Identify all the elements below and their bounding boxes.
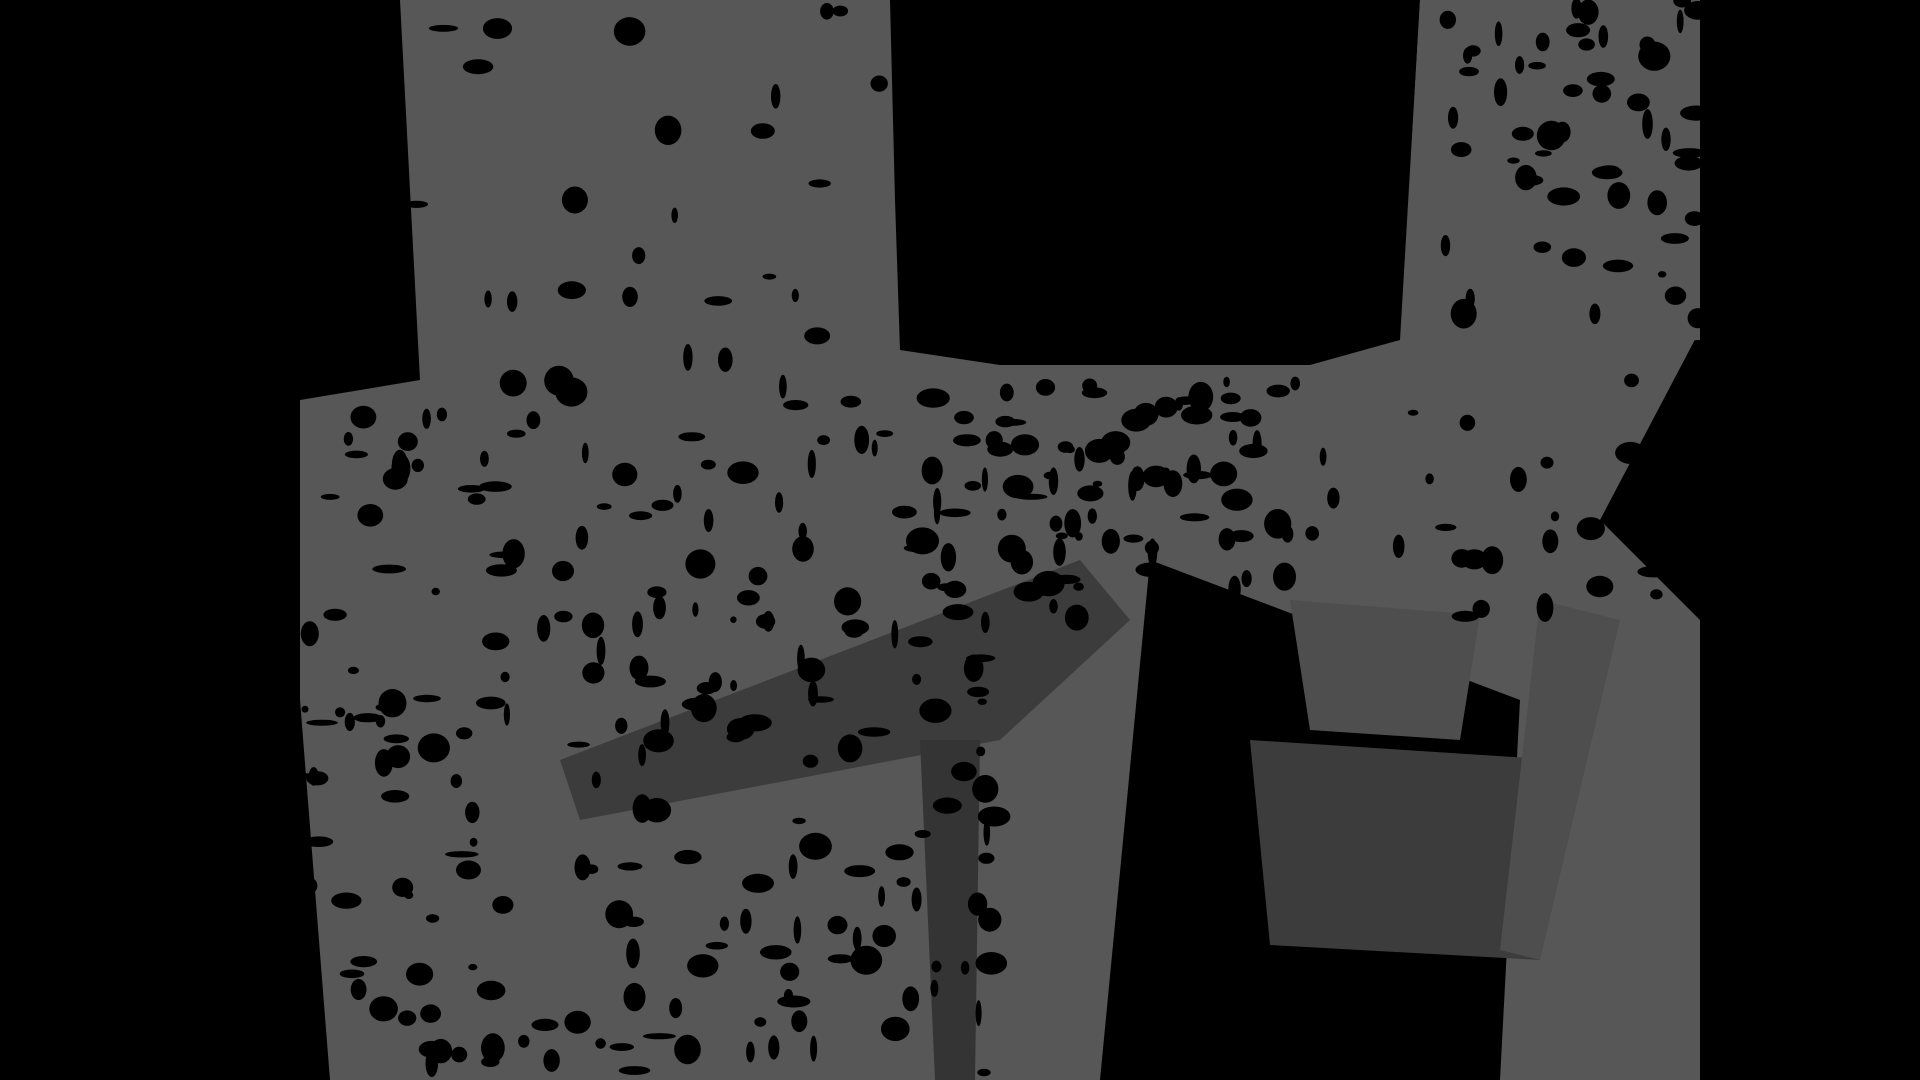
depth-hole bbox=[763, 274, 777, 280]
depth-hole bbox=[1049, 467, 1058, 495]
depth-hole bbox=[532, 1019, 559, 1031]
depth-hole bbox=[908, 636, 933, 647]
depth-hole bbox=[612, 463, 637, 487]
depth-hole bbox=[290, 875, 318, 896]
depth-hole bbox=[518, 1035, 529, 1048]
depth-hole bbox=[1578, 38, 1595, 50]
depth-hole bbox=[1036, 379, 1055, 396]
depth-hole bbox=[1425, 473, 1433, 484]
depth-hole bbox=[1015, 494, 1047, 500]
depth-hole bbox=[1536, 33, 1550, 52]
depth-hole bbox=[902, 986, 919, 1011]
depth-hole bbox=[853, 927, 862, 951]
depth-hole bbox=[630, 656, 649, 681]
depth-hole bbox=[678, 432, 705, 441]
depth-hole bbox=[878, 886, 885, 907]
depth-hole bbox=[501, 672, 510, 682]
depth-hole bbox=[984, 819, 991, 846]
depth-hole bbox=[381, 790, 409, 803]
depth-hole bbox=[1440, 11, 1456, 29]
depth-hole bbox=[997, 509, 1006, 521]
depth-hole bbox=[809, 179, 831, 187]
depth-hole bbox=[1685, 211, 1704, 226]
depth-hole bbox=[1640, 519, 1655, 533]
depth-hole bbox=[951, 762, 977, 781]
depth-hole bbox=[1102, 529, 1120, 554]
depth-hole bbox=[1229, 430, 1238, 446]
depth-hole bbox=[1065, 605, 1089, 631]
depth-hole bbox=[615, 718, 627, 734]
depth-hole bbox=[937, 583, 955, 591]
depth-hole bbox=[632, 611, 643, 637]
depth-hole bbox=[1688, 308, 1708, 328]
depth-hole bbox=[978, 908, 1001, 932]
depth-hole bbox=[653, 596, 666, 619]
depth-hole bbox=[1460, 415, 1476, 431]
depth-hole bbox=[1220, 412, 1245, 422]
depth-hole bbox=[904, 544, 931, 552]
depth-hole bbox=[484, 291, 491, 308]
depth-hole bbox=[912, 674, 921, 685]
depth-hole bbox=[1563, 84, 1583, 97]
depth-hole bbox=[1593, 85, 1612, 103]
depth-hole bbox=[432, 588, 440, 596]
depth-hole bbox=[404, 891, 413, 899]
depth-hole bbox=[671, 208, 678, 223]
depth-hole bbox=[740, 909, 751, 934]
depth-hole bbox=[833, 6, 849, 17]
depth-hole bbox=[426, 914, 439, 923]
depth-hole bbox=[794, 916, 802, 943]
depth-hole bbox=[527, 411, 541, 429]
depth-hole bbox=[808, 450, 816, 478]
depth-hole bbox=[1451, 299, 1477, 329]
depth-hole bbox=[1408, 410, 1419, 416]
depth-hole bbox=[810, 1036, 817, 1062]
depth-hole bbox=[468, 964, 477, 970]
depth-hole bbox=[1637, 566, 1669, 577]
depth-hole bbox=[1242, 570, 1252, 587]
depth-hole bbox=[406, 963, 433, 986]
depth-hole bbox=[789, 854, 798, 879]
depth-hole bbox=[357, 504, 383, 527]
depth-hole bbox=[398, 432, 418, 451]
depth-hole bbox=[674, 850, 701, 864]
depth-hole bbox=[792, 536, 814, 562]
depth-hole bbox=[669, 998, 682, 1018]
depth-hole bbox=[1053, 538, 1066, 566]
depth-hole bbox=[344, 432, 353, 446]
depth-hole bbox=[1253, 430, 1262, 457]
depth-hole bbox=[1547, 187, 1580, 205]
depth-hole bbox=[730, 680, 737, 691]
depth-hole bbox=[340, 970, 365, 979]
depth-hole bbox=[1537, 593, 1554, 622]
depth-hole bbox=[1607, 182, 1630, 209]
depth-hole bbox=[976, 952, 1008, 975]
window-opening bbox=[890, 0, 1420, 365]
depth-hole bbox=[592, 772, 601, 789]
depth-hole bbox=[1554, 122, 1570, 143]
depth-hole bbox=[1065, 446, 1075, 453]
depth-hole bbox=[953, 434, 981, 446]
depth-hole bbox=[783, 400, 808, 410]
depth-hole bbox=[981, 612, 990, 633]
depth-hole bbox=[1075, 532, 1083, 541]
depth-hole bbox=[692, 602, 698, 617]
depth-hole bbox=[720, 917, 729, 931]
depth-hole bbox=[1155, 397, 1178, 418]
depth-hole bbox=[618, 862, 643, 870]
depth-hole bbox=[1229, 530, 1254, 542]
depth-hole bbox=[1638, 42, 1670, 71]
depth-hole bbox=[468, 493, 486, 504]
depth-hole bbox=[321, 494, 340, 500]
depth-hole bbox=[351, 406, 377, 429]
depth-hole bbox=[398, 1010, 416, 1025]
depth-hole bbox=[554, 611, 572, 623]
depth-hole bbox=[1267, 385, 1290, 398]
depth-hole bbox=[1077, 485, 1103, 501]
depth-hole bbox=[1675, 156, 1703, 171]
depth-hole bbox=[614, 17, 646, 46]
depth-hole bbox=[808, 681, 818, 707]
depth-hole bbox=[965, 481, 982, 491]
depth-hole bbox=[582, 662, 604, 683]
depth-hole bbox=[350, 956, 377, 967]
depth-hole bbox=[376, 715, 385, 727]
depth-hole bbox=[304, 836, 333, 847]
depth-hole bbox=[917, 388, 950, 407]
depth-hole bbox=[480, 451, 489, 467]
depth-hole bbox=[1642, 109, 1653, 139]
depth-hole bbox=[624, 983, 646, 1011]
depth-hole bbox=[1647, 190, 1667, 215]
depth-hole bbox=[492, 896, 513, 914]
depth-hole bbox=[1542, 529, 1558, 553]
depth-hole bbox=[306, 720, 338, 726]
depth-hole bbox=[1615, 442, 1646, 464]
depth-hole bbox=[808, 696, 834, 702]
depth-hole bbox=[897, 877, 911, 887]
depth-hole bbox=[1136, 563, 1166, 577]
depth-hole bbox=[379, 689, 407, 717]
depth-hole bbox=[704, 509, 714, 532]
depth-hole bbox=[978, 853, 994, 864]
depth-hole bbox=[597, 637, 606, 665]
depth-hole bbox=[418, 733, 450, 762]
depth-hole bbox=[828, 954, 853, 963]
depth-hole bbox=[701, 460, 716, 470]
depth-hole bbox=[1223, 377, 1230, 387]
depth-hole bbox=[335, 707, 345, 717]
depth-hole bbox=[780, 963, 799, 981]
depth-hole bbox=[500, 370, 527, 397]
depth-hole bbox=[1011, 550, 1033, 575]
depth-hole bbox=[820, 3, 834, 20]
depth-hole bbox=[655, 116, 682, 145]
depth-hole bbox=[791, 1010, 807, 1032]
depth-hole bbox=[1145, 541, 1159, 555]
depth-hole bbox=[1173, 590, 1202, 606]
depth-hole bbox=[704, 296, 732, 306]
depth-hole bbox=[1587, 72, 1615, 86]
depth-hole bbox=[481, 1057, 499, 1067]
depth-hole bbox=[1684, 1, 1713, 20]
depth-hole bbox=[727, 461, 758, 484]
depth-hole bbox=[1541, 457, 1554, 469]
depth-hole bbox=[978, 699, 987, 705]
depth-hole bbox=[1073, 583, 1084, 591]
depth-hole bbox=[742, 874, 774, 893]
depth-hole bbox=[817, 435, 830, 445]
depth-hole bbox=[1050, 516, 1063, 532]
depth-hole bbox=[1521, 175, 1544, 186]
depth-hole bbox=[987, 442, 1013, 457]
depth-hole bbox=[844, 865, 875, 877]
depth-hole bbox=[775, 492, 783, 512]
depth-hole bbox=[1566, 23, 1590, 37]
depth-hole bbox=[922, 457, 943, 485]
depth-hole bbox=[1305, 526, 1319, 541]
depth-hole bbox=[756, 614, 775, 629]
depth-hole bbox=[413, 695, 441, 702]
depth-hole bbox=[995, 416, 1015, 427]
depth-hole bbox=[479, 481, 512, 492]
depth-hole bbox=[622, 287, 638, 307]
depth-hole bbox=[610, 1043, 634, 1051]
depth-hole bbox=[1124, 535, 1144, 543]
depth-hole bbox=[1435, 524, 1456, 531]
depth-hole bbox=[912, 888, 922, 912]
depth-hole bbox=[687, 954, 718, 977]
depth-hole bbox=[652, 500, 674, 511]
depth-hole bbox=[476, 697, 506, 710]
depth-hole bbox=[1188, 382, 1213, 412]
depth-hole bbox=[854, 948, 861, 969]
depth-hole bbox=[465, 802, 479, 823]
depth-hole bbox=[1451, 142, 1472, 157]
depth-hole bbox=[638, 744, 646, 766]
depth-map-canvas bbox=[0, 0, 1920, 1080]
depth-hole bbox=[369, 996, 398, 1021]
depth-hole bbox=[1603, 260, 1633, 273]
depth-hole bbox=[544, 366, 574, 396]
depth-hole bbox=[1290, 377, 1300, 391]
depth-hole bbox=[803, 755, 819, 768]
depth-hole bbox=[792, 818, 805, 824]
depth-hole bbox=[422, 409, 431, 429]
depth-hole bbox=[504, 703, 510, 725]
depth-hole bbox=[575, 854, 591, 880]
depth-hole bbox=[1044, 472, 1056, 480]
depth-hole bbox=[482, 633, 509, 651]
depth-hole bbox=[1074, 447, 1084, 472]
depth-hole bbox=[1589, 304, 1600, 325]
depth-hole bbox=[1577, 517, 1605, 540]
depth-hole bbox=[977, 1069, 990, 1076]
depth-hole bbox=[470, 838, 478, 847]
depth-hole bbox=[706, 942, 728, 950]
depth-hole bbox=[1551, 511, 1559, 521]
depth-hole bbox=[876, 430, 893, 437]
depth-hole bbox=[302, 706, 309, 713]
depth-hole bbox=[841, 396, 862, 408]
depth-hole bbox=[351, 979, 367, 1000]
depth-hole bbox=[1624, 374, 1639, 388]
depth-hole bbox=[582, 443, 589, 463]
depth-hole bbox=[647, 586, 666, 598]
depth-hole bbox=[429, 25, 458, 32]
depth-hole bbox=[1013, 582, 1043, 602]
depth-hole bbox=[1535, 150, 1552, 156]
depth-hole bbox=[632, 247, 645, 264]
depth-hole bbox=[943, 604, 974, 620]
depth-hole bbox=[872, 925, 896, 947]
depth-hole bbox=[771, 84, 780, 109]
depth-hole bbox=[348, 667, 359, 674]
depth-hole bbox=[1507, 158, 1519, 164]
depth-hole bbox=[386, 745, 410, 768]
depth-hole bbox=[456, 861, 481, 880]
depth-hole bbox=[976, 1000, 982, 1026]
depth-hole bbox=[1210, 462, 1237, 487]
depth-hole bbox=[842, 619, 870, 635]
depth-hole bbox=[1677, 10, 1684, 34]
depth-hole bbox=[1000, 384, 1014, 402]
depth-hole bbox=[345, 713, 355, 731]
depth-hole bbox=[576, 526, 589, 550]
depth-hole bbox=[751, 123, 775, 139]
depth-hole bbox=[697, 682, 717, 694]
depth-hole bbox=[892, 506, 917, 519]
depth-hole bbox=[1661, 128, 1670, 151]
depth-hole bbox=[502, 539, 524, 568]
depth-hole bbox=[582, 613, 604, 639]
depth-hole bbox=[331, 893, 361, 909]
depth-hole bbox=[629, 511, 652, 520]
depth-hole bbox=[834, 587, 861, 615]
depth-hole bbox=[799, 833, 832, 860]
depth-hole bbox=[1466, 45, 1481, 56]
depth-hole bbox=[1462, 549, 1487, 569]
depth-hole bbox=[746, 1042, 755, 1063]
depth-hole bbox=[976, 747, 985, 757]
depth-hole bbox=[915, 830, 931, 838]
depth-hole bbox=[456, 727, 472, 739]
depth-hole bbox=[933, 798, 962, 814]
depth-hole bbox=[445, 851, 479, 857]
depth-hole bbox=[1641, 496, 1648, 511]
depth-hole bbox=[507, 430, 526, 438]
depth-hole bbox=[372, 565, 406, 574]
depth-hole bbox=[1599, 25, 1609, 48]
depth-hole bbox=[1320, 448, 1327, 466]
depth-hole bbox=[301, 621, 319, 646]
depth-hole bbox=[1128, 471, 1137, 501]
depth-hole bbox=[964, 655, 984, 682]
depth-hole bbox=[1650, 589, 1662, 599]
depth-hole bbox=[1282, 525, 1294, 542]
depth-hole bbox=[1515, 56, 1524, 74]
depth-hole bbox=[1327, 488, 1339, 509]
depth-hole bbox=[1512, 127, 1534, 141]
depth-hole bbox=[1528, 62, 1546, 70]
depth-hole bbox=[626, 939, 640, 969]
depth-hole bbox=[392, 450, 408, 479]
depth-hole bbox=[754, 1017, 766, 1026]
depth-hole bbox=[345, 451, 368, 459]
depth-hole bbox=[1082, 387, 1107, 398]
depth-hole bbox=[1562, 248, 1586, 267]
chair-back bbox=[1290, 600, 1480, 740]
depth-hole bbox=[619, 1066, 651, 1075]
depth-hole bbox=[451, 1047, 467, 1063]
depth-hole bbox=[564, 1011, 590, 1034]
depth-hole bbox=[463, 59, 493, 74]
depth-hole bbox=[1273, 563, 1296, 591]
depth-hole bbox=[1164, 470, 1183, 497]
depth-hole bbox=[1228, 576, 1240, 602]
depth-hole bbox=[730, 616, 736, 623]
depth-hole bbox=[1183, 471, 1213, 479]
depth-hole bbox=[885, 844, 913, 860]
depth-hole bbox=[1534, 242, 1552, 253]
depth-hole bbox=[673, 485, 682, 503]
depth-hole bbox=[738, 714, 772, 731]
depth-hole bbox=[828, 916, 848, 934]
depth-hole bbox=[451, 774, 462, 788]
depth-hole bbox=[674, 1035, 701, 1064]
depth-hole bbox=[792, 289, 799, 302]
depth-hole bbox=[749, 567, 768, 585]
depth-hole bbox=[858, 727, 890, 737]
depth-hole bbox=[718, 348, 733, 372]
depth-hole bbox=[483, 18, 512, 39]
depth-hole bbox=[1578, 0, 1599, 25]
depth-hole bbox=[1121, 409, 1151, 432]
depth-hole bbox=[558, 281, 586, 299]
depth-hole bbox=[420, 1004, 441, 1022]
depth-hole bbox=[939, 509, 970, 518]
depth-hole bbox=[760, 945, 792, 959]
depth-hole bbox=[643, 729, 674, 752]
depth-hole bbox=[552, 561, 574, 581]
depth-hole bbox=[1088, 508, 1097, 523]
depth-hole bbox=[967, 687, 989, 697]
depth-hole bbox=[919, 699, 951, 723]
depth-hole bbox=[871, 76, 888, 92]
depth-hole bbox=[1056, 533, 1068, 540]
depth-hole bbox=[1459, 67, 1479, 76]
depth-hole bbox=[537, 615, 550, 642]
depth-hole bbox=[1689, 108, 1696, 116]
depth-hole bbox=[477, 981, 506, 1000]
depth-hole bbox=[1049, 599, 1058, 613]
depth-hole bbox=[405, 201, 428, 208]
depth-hole bbox=[784, 989, 793, 1002]
depth-hole bbox=[691, 694, 717, 722]
depth-hole bbox=[804, 327, 830, 344]
depth-hole bbox=[1661, 233, 1689, 244]
depth-hole bbox=[683, 344, 692, 371]
depth-hole bbox=[605, 900, 633, 928]
depth-hole bbox=[458, 485, 485, 493]
depth-hole bbox=[597, 503, 612, 510]
depth-hole bbox=[872, 440, 878, 457]
depth-hole bbox=[543, 1049, 559, 1072]
depth-hole bbox=[1473, 600, 1490, 618]
